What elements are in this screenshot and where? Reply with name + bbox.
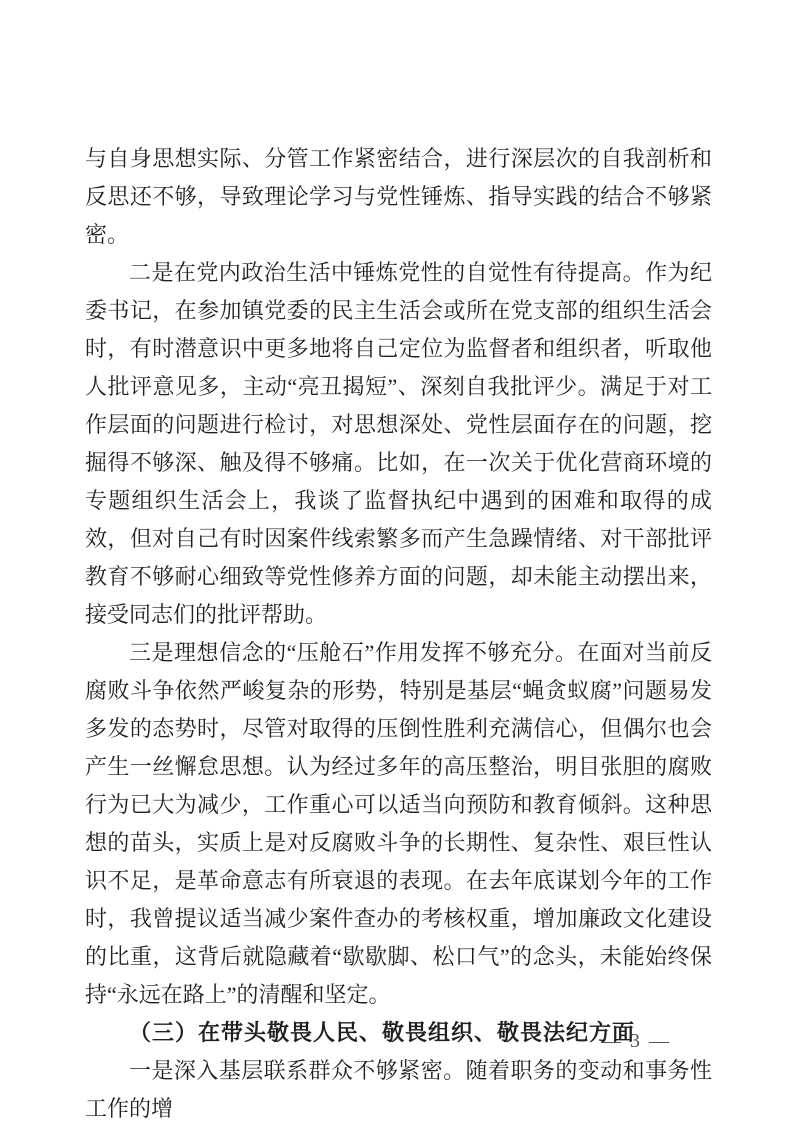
paragraph-third-point: 三是理想信念的“压舱石”作用发挥不够充分。在面对当前反腐败斗争依然严峻复杂的形势… xyxy=(85,634,712,1014)
paragraph-continuation: 与自身思想实际、分管工作紧密结合，进行深层次的自我剖析和反思还不够，导致理论学习… xyxy=(85,140,712,254)
text-block: 与自身思想实际、分管工作紧密结合，进行深层次的自我剖析和反思还不够，导致理论学习… xyxy=(85,140,712,1122)
paragraph-second-point: 二是在党内政治生活中锤炼党性的自觉性有待提高。作为纪委书记，在参加镇党委的民主生… xyxy=(85,254,712,634)
paragraph-first-point: 一是深入基层联系群众不够紧密。随着职务的变动和事务性工作的增 xyxy=(85,1052,712,1122)
document-page: 与自身思想实际、分管工作紧密结合，进行深层次的自我剖析和反思还不够，导致理论学习… xyxy=(0,0,793,1122)
page-number: — 3 — xyxy=(601,1026,671,1056)
